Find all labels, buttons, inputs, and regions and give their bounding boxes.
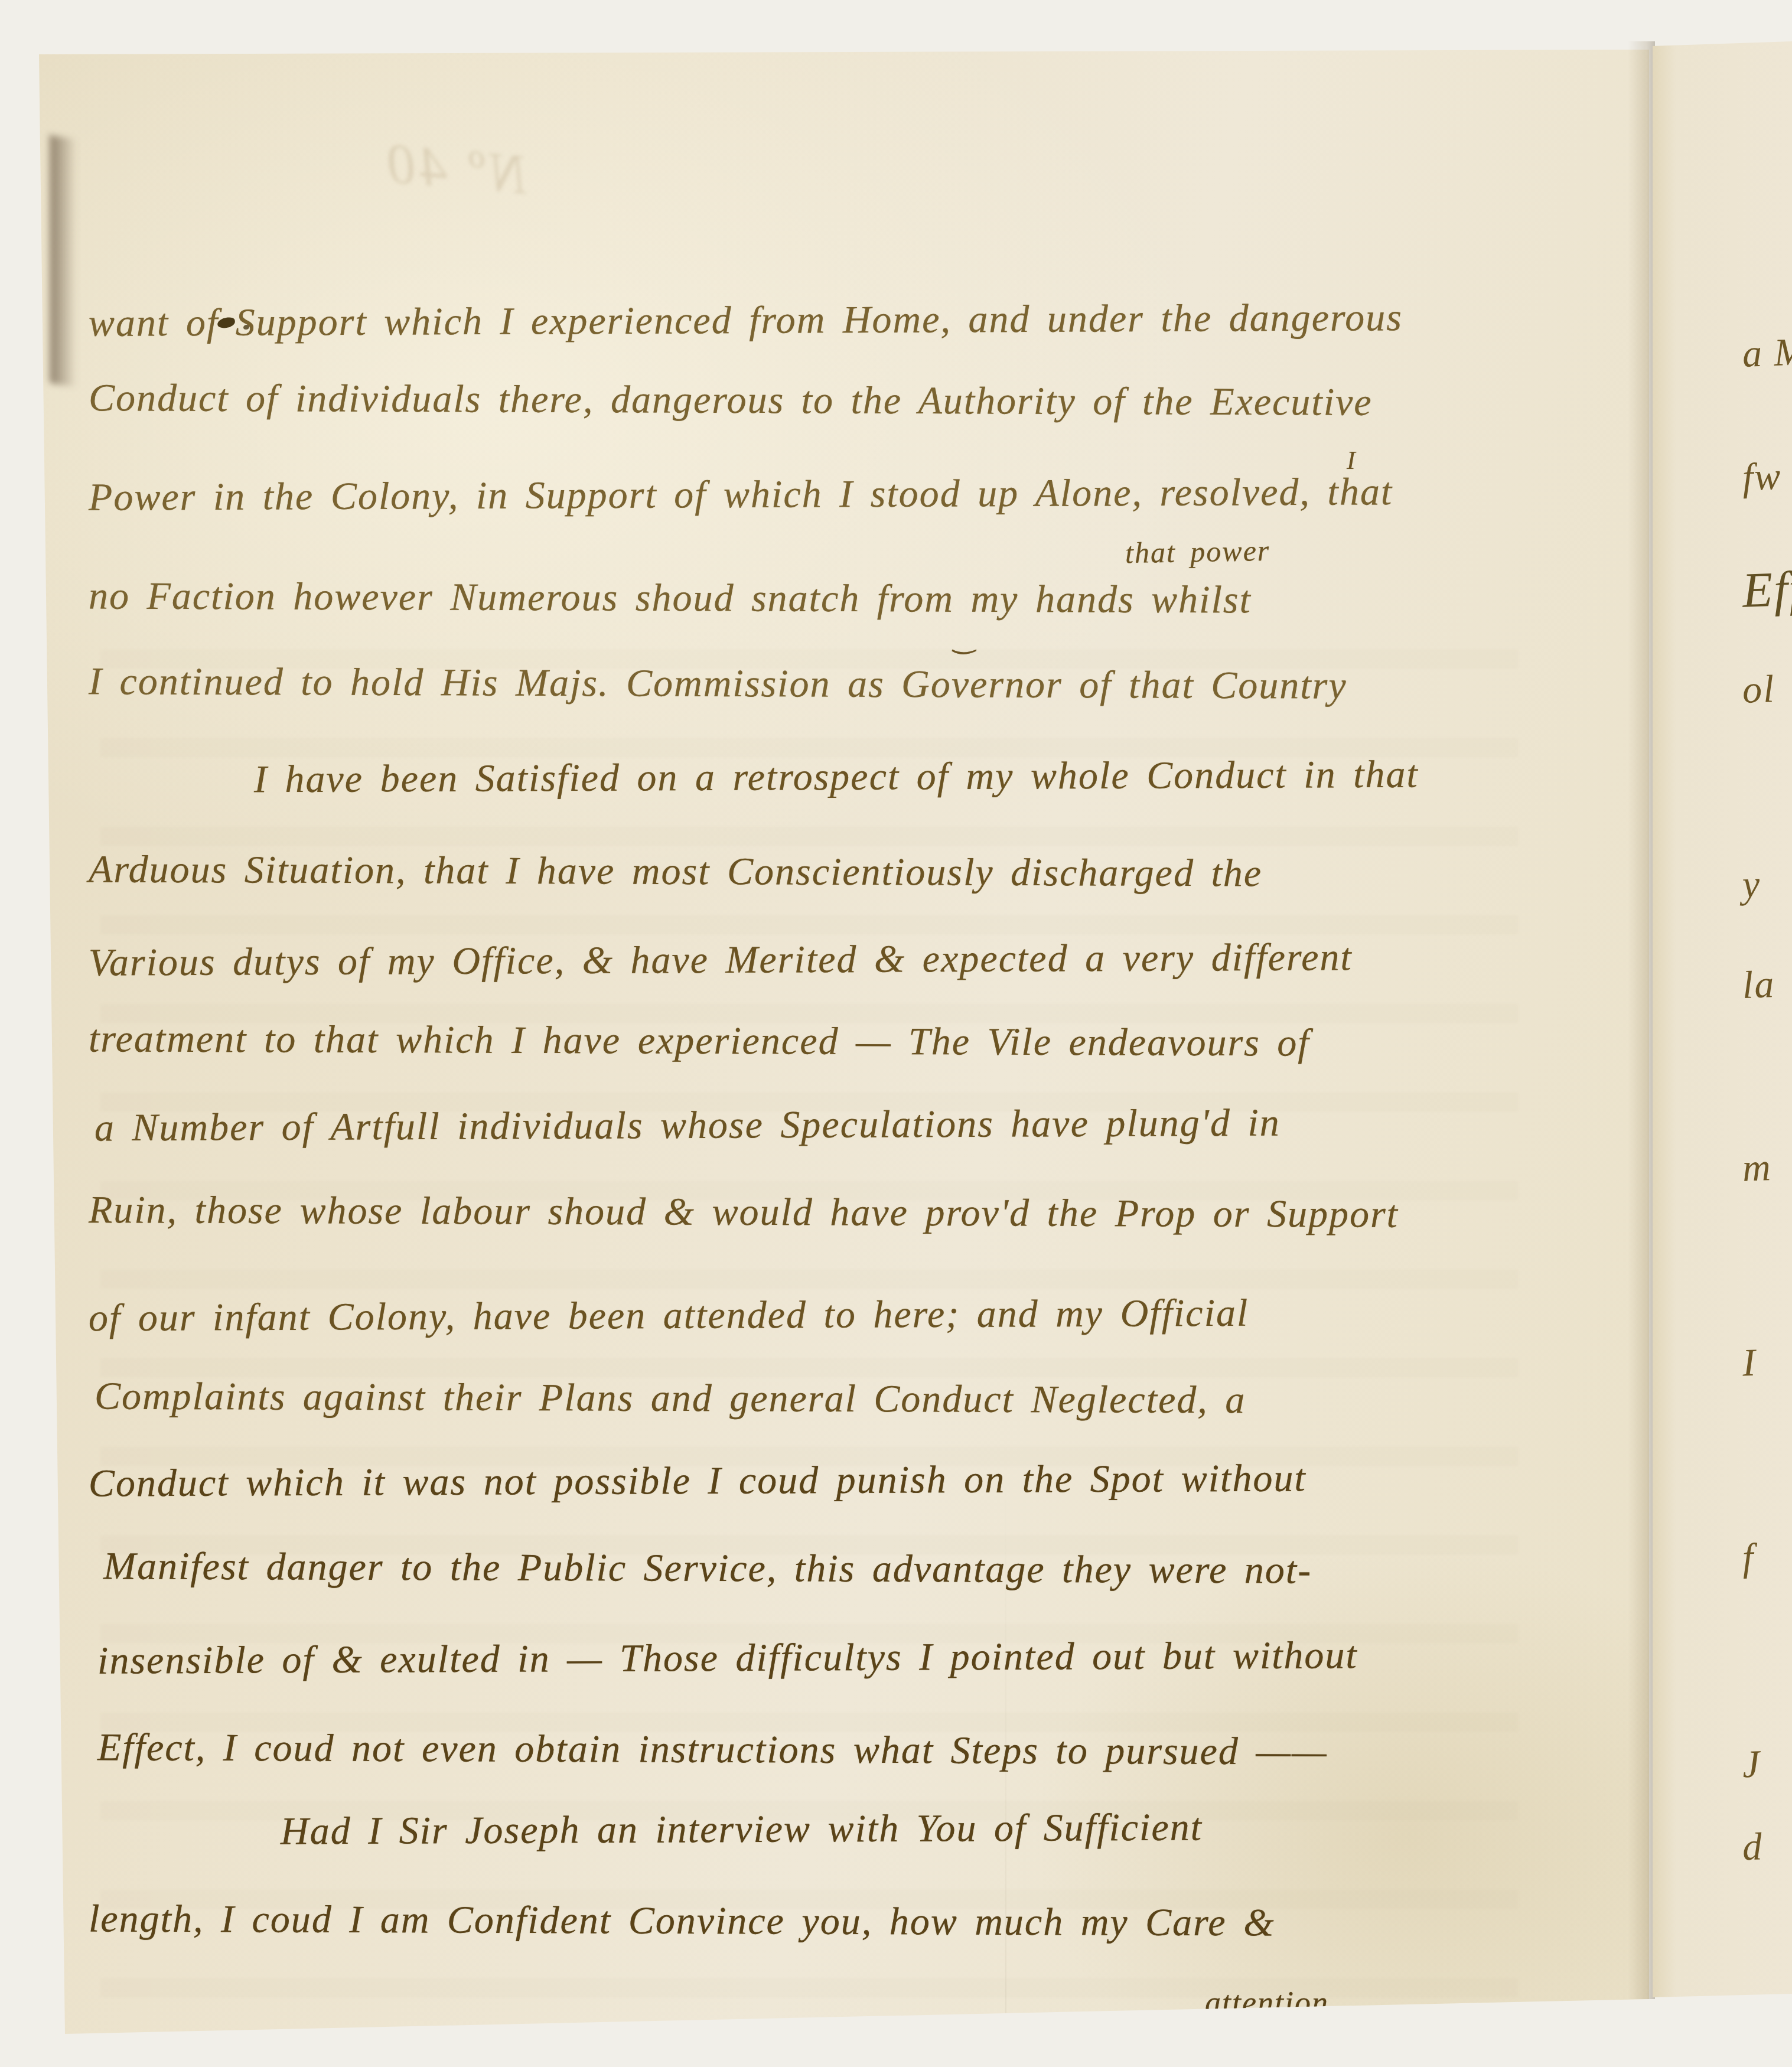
facing-page-fragment: f bbox=[1742, 1535, 1755, 1581]
manuscript-line: want of Support which I experienced from… bbox=[89, 295, 1403, 346]
facing-page-fragment: m bbox=[1742, 1145, 1773, 1191]
page-fold-shadow bbox=[1628, 41, 1655, 1999]
interline-insertion-i: I bbox=[1347, 445, 1357, 475]
page-corner-shadow bbox=[50, 135, 77, 387]
facing-page-fragment: I bbox=[1742, 1341, 1758, 1386]
facing-page-fragment: ol bbox=[1742, 667, 1776, 713]
facing-page-fragment: y bbox=[1742, 862, 1762, 907]
manuscript-line: no Faction however Numerous shoud snatch… bbox=[89, 574, 1252, 623]
letter-page: Nº 40 want of Support which I experience… bbox=[30, 48, 1649, 2034]
manuscript-line: of our infant Colony, have been attended… bbox=[89, 1291, 1249, 1341]
manuscript-line: Complaints against their Plans and gener… bbox=[95, 1374, 1246, 1423]
manuscript-line: Power in the Colony, in Support of which… bbox=[89, 470, 1393, 520]
manuscript-line: treatment to that which I have experienc… bbox=[89, 1016, 1310, 1065]
manuscript-line: Conduct which it was not possible I coud… bbox=[89, 1456, 1306, 1507]
catchword: attention bbox=[1205, 1984, 1329, 2021]
interline-insertion-that-power: that power bbox=[1125, 533, 1270, 570]
facing-page-fragment: fw bbox=[1742, 454, 1783, 500]
showthrough-header: Nº 40 bbox=[382, 130, 531, 208]
manuscript-line: Various dutys of my Office, & have Merit… bbox=[89, 935, 1353, 985]
facing-page-edge: a M fw Eff ol y la m I f J d bbox=[1653, 41, 1792, 1997]
manuscript-line: insensible of & exulted in — Those diffi… bbox=[97, 1633, 1358, 1683]
facing-page-fragment: la bbox=[1742, 962, 1776, 1008]
manuscript-line: Conduct of individuals there, dangerous … bbox=[89, 376, 1373, 425]
manuscript-line: Had I Sir Joseph an interview with You o… bbox=[281, 1805, 1203, 1854]
manuscript-line: length, I coud I am Confident Convince y… bbox=[89, 1896, 1275, 1945]
scanned-letter-screenshot: { "palette": { "background": "#f1efe9", … bbox=[0, 0, 1792, 2067]
facing-page-fragment: d bbox=[1742, 1824, 1764, 1870]
facing-page-fragment: a M bbox=[1742, 330, 1792, 377]
facing-page-fragment: Eff bbox=[1741, 560, 1792, 620]
insertion-caret: ‿ bbox=[954, 622, 977, 654]
manuscript-line: I continued to hold His Majs. Commission… bbox=[89, 659, 1347, 708]
manuscript-line: Effect, I coud not even obtain instructi… bbox=[97, 1725, 1328, 1774]
manuscript-line: I have been Satisfied on a retrospect of… bbox=[254, 752, 1419, 803]
manuscript-line: Ruin, those whose labour shoud & would h… bbox=[89, 1188, 1399, 1237]
manuscript-line: a Number of Artfull individuals whose Sp… bbox=[95, 1101, 1281, 1151]
manuscript-line: Arduous Situation, that I have most Cons… bbox=[89, 847, 1262, 896]
facing-page-fragment: J bbox=[1742, 1742, 1762, 1787]
manuscript-line: Manifest danger to the Public Service, t… bbox=[103, 1544, 1312, 1593]
